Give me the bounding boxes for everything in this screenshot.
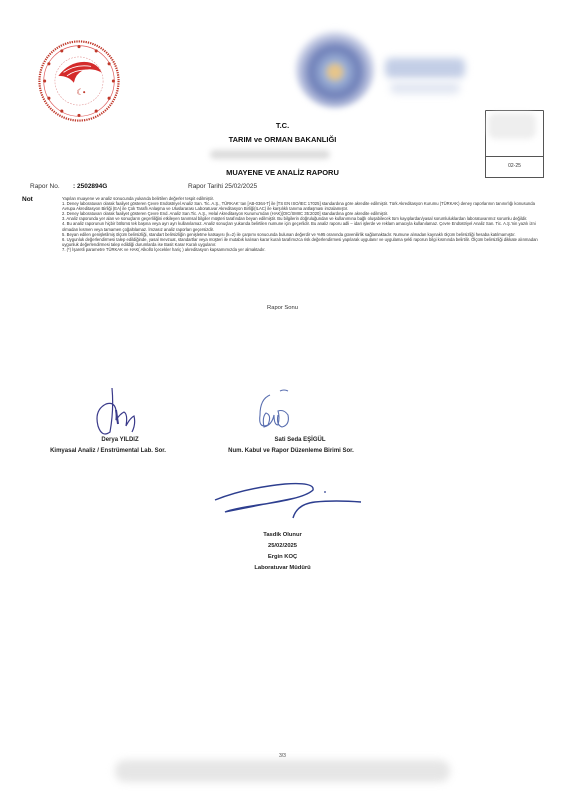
code-box-value: 02-25 xyxy=(485,155,544,178)
note-line: 1. Deney laboratuvarı olarak faaliyet gö… xyxy=(62,201,547,211)
report-end: Rapor Sonu xyxy=(0,305,565,311)
code-box xyxy=(485,110,544,157)
report-date-value: : 25/02/2025 xyxy=(221,183,257,190)
report-date-label: Rapor Tarihi xyxy=(188,183,223,190)
report-no-label: Rapor No. xyxy=(30,183,60,190)
page-number: 3/3 xyxy=(0,753,565,759)
header-tc: T.C. xyxy=(0,121,565,130)
signature-2-name: Sati Seda EŞİGÜL xyxy=(230,437,370,443)
svg-text:☾: ☾ xyxy=(76,88,84,98)
approval-signature-icon xyxy=(205,478,365,528)
signature-1-icon xyxy=(90,380,140,440)
approval-name: Ergin KOÇ xyxy=(0,552,565,563)
accreditation-logo-blurred xyxy=(295,28,375,108)
accreditation-logo-text-blurred xyxy=(385,58,465,78)
signature-2-role: Num. Kabul ve Rapor Düzenleme Birimi Sor… xyxy=(196,448,386,454)
signature-1-role: Kimyasal Analiz / Enstrümental Lab. Sor. xyxy=(18,448,198,454)
approval-label: Tasdik Olunur xyxy=(0,530,565,541)
report-title: MUAYENE VE ANALİZ RAPORU xyxy=(0,168,565,177)
approval-date: 25/02/2025 xyxy=(0,541,565,552)
ministry-name: TARIM ve ORMAN BAKANLIĞI xyxy=(0,135,565,144)
code-box-redacted xyxy=(488,113,536,139)
redacted-footer xyxy=(115,760,450,782)
note-line: 7. (*) İşaretli parametre TÜRKAK ve HAK(… xyxy=(62,247,547,252)
report-no-value: : 2502894G xyxy=(73,183,107,190)
notes-body: Yapılan muayene ve analiz sonucunda yuka… xyxy=(62,196,547,252)
ministry-seal-icon: ☾ xyxy=(36,38,122,124)
signature-1-name: Derya YILDIZ xyxy=(60,437,180,443)
approval-role: Laboratuvar Müdürü xyxy=(0,563,565,574)
signature-2-icon xyxy=(250,385,295,435)
note-line: 5. Beyan edilen genişletilmiş ölçüm beli… xyxy=(62,232,547,237)
notes-label: Not xyxy=(22,196,33,203)
note-line: 4. Bu analiz raporunun hiçbir bölümü tek… xyxy=(62,221,547,231)
redacted-subtitle xyxy=(210,150,330,159)
accreditation-logo-subtext-blurred xyxy=(390,82,460,94)
note-line: 6. Uygunluk değerlendirmesi talep edildi… xyxy=(62,237,547,247)
